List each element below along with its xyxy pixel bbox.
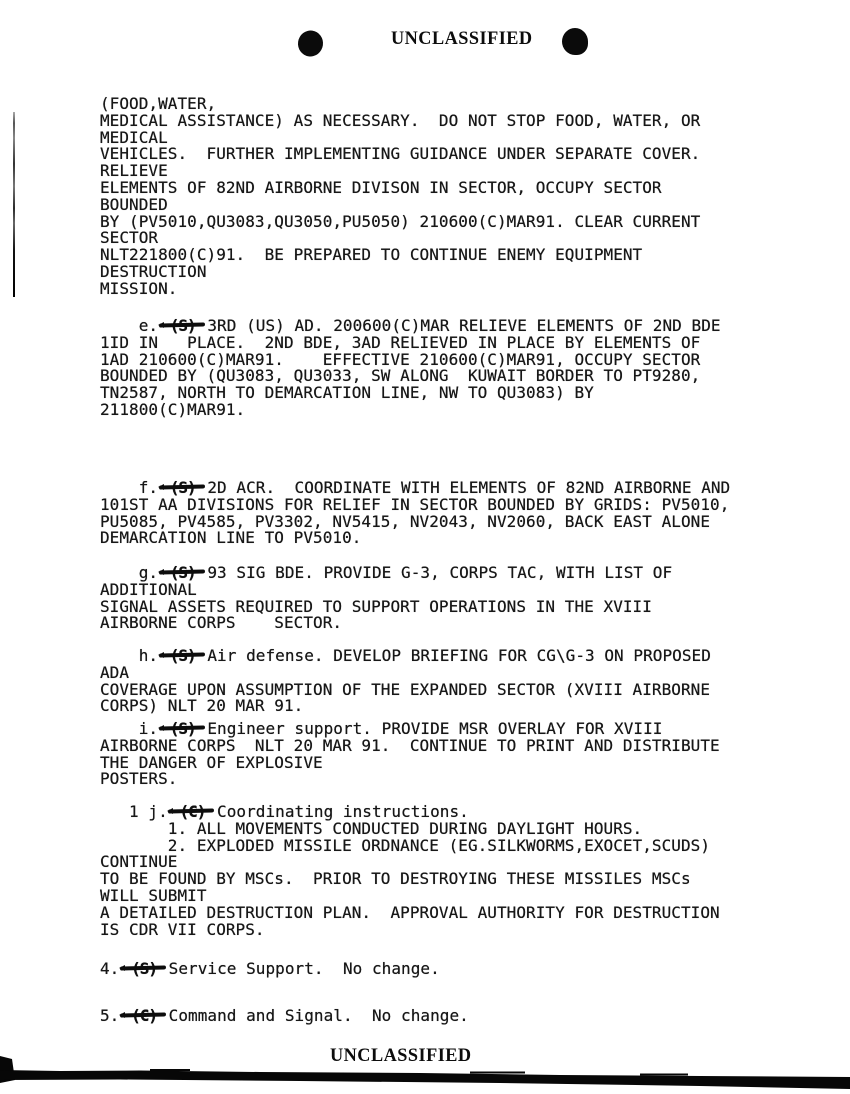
- hole-punch-left-icon: [296, 29, 324, 58]
- paragraph-i: i. (S) Engineer support. PROVIDE MSR OVE…: [100, 721, 720, 788]
- struck-classification-marking: (C): [129, 1006, 159, 1025]
- paragraph-h: h. (S) Air defense. DEVELOP BRIEFING FOR…: [100, 648, 711, 715]
- struck-classification-marking: (S): [168, 563, 198, 582]
- struck-classification-marking: (S): [168, 719, 198, 738]
- struck-classification-marking: (S): [168, 646, 198, 665]
- scan-artifact-left-edge: [13, 112, 15, 297]
- paragraph-j: 1 j. (C) Coordinating instructions. 1. A…: [100, 804, 720, 938]
- paragraph-continuation-d: (FOOD,WATER, MEDICAL ASSISTANCE) AS NECE…: [100, 96, 700, 298]
- paragraph-5: 5. (C) Command and Signal. No change.: [100, 1008, 469, 1025]
- paragraph-4: 4. (S) Service Support. No change.: [100, 961, 440, 978]
- scanned-document-page: UNCLASSIFIED (FOOD,WATER, MEDICAL ASSIST…: [0, 0, 850, 1094]
- hole-punch-right-icon: [562, 28, 588, 55]
- paragraph-e: e. (S) 3RD (US) AD. 200600(C)MAR RELIEVE…: [100, 318, 721, 419]
- struck-classification-marking: (S): [129, 959, 159, 978]
- struck-classification-marking: (C): [177, 802, 207, 821]
- header-classification-banner: UNCLASSIFIED: [391, 28, 533, 50]
- struck-classification-marking: (S): [168, 478, 198, 497]
- paragraph-g: g. (S) 93 SIG BDE. PROVIDE G-3, CORPS TA…: [100, 565, 672, 632]
- scan-artifact-bottom-edge: [0, 1050, 850, 1094]
- struck-classification-marking: (S): [168, 316, 198, 335]
- paragraph-f: f. (S) 2D ACR. COORDINATE WITH ELEMENTS …: [100, 480, 730, 547]
